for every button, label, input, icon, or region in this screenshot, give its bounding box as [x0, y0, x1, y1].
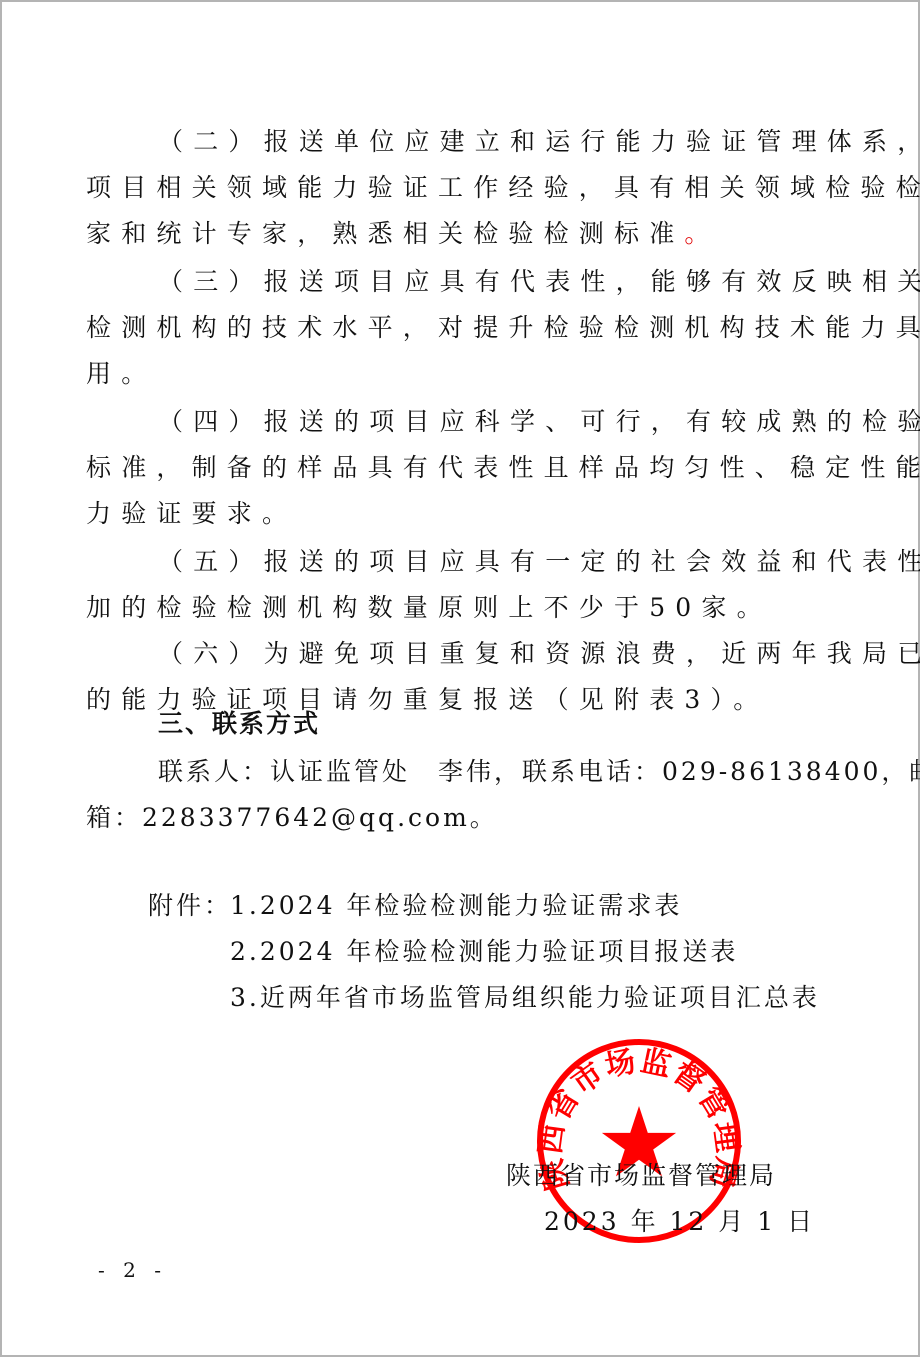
- section-heading-contact: 三、联系方式: [158, 708, 320, 740]
- paragraph-2-line-1: （二）报送单位应建立和运行能力验证管理体系，具有所报: [158, 126, 836, 158]
- paragraph-2-line-3: 家和统计专家，熟悉相关检验检测标准。: [86, 218, 836, 250]
- paragraph-3-line-2: 检测机构的技术水平，对提升检验检测机构技术能力具有积极作: [86, 312, 836, 344]
- paragraph-3-line-1: （三）报送项目应具有代表性，能够有效反映相关领域检验: [158, 266, 836, 298]
- contact-line-2: 箱：2283377642@qq.com。: [86, 802, 836, 834]
- paragraph-4-line-2: 标准，制备的样品具有代表性且样品均匀性、稳定性能够满足能: [86, 452, 836, 484]
- signature-organization: 陕西省市场监督管理局: [506, 1160, 776, 1192]
- paragraph-6-line-1: （六）为避免项目重复和资源浪费，近两年我局已经组织过: [158, 638, 836, 670]
- paragraph-5-line-2: 加的检验检测机构数量原则上不少于50家。: [86, 592, 836, 624]
- red-period-mark: 。: [684, 219, 719, 248]
- contact-line-1: 联系人：认证监管处 李伟，联系电话：029-86138400，邮: [158, 756, 836, 788]
- paragraph-3-line-3: 用。: [86, 358, 836, 390]
- paragraph-5-line-1: （五）报送的项目应具有一定的社会效益和代表性，预计参: [158, 546, 836, 578]
- attachment-item-2: 2.2024 年检验检测能力验证项目报送表: [230, 936, 738, 968]
- paragraph-2-line-2: 项目相关领域能力验证工作经验，具有相关领域检验检测技术专: [86, 172, 836, 204]
- document-page: （二）报送单位应建立和运行能力验证管理体系，具有所报 项目相关领域能力验证工作经…: [0, 0, 920, 1357]
- attachments-label: 附件：: [148, 890, 232, 922]
- signature-date: 2023 年 12 月 1 日: [544, 1206, 815, 1238]
- paragraph-2-line-3-text: 家和统计专家，熟悉相关检验检测标准: [86, 219, 684, 248]
- page-number: - 2 -: [98, 1258, 167, 1282]
- paragraph-4-line-1: （四）报送的项目应科学、可行，有较成熟的检验检测方法: [158, 406, 836, 438]
- paragraph-4-line-3: 力验证要求。: [86, 498, 836, 530]
- attachment-item-1: 1.2024 年检验检测能力验证需求表: [230, 890, 682, 922]
- attachment-item-3: 3.近两年省市场监管局组织能力验证项目汇总表: [230, 982, 820, 1014]
